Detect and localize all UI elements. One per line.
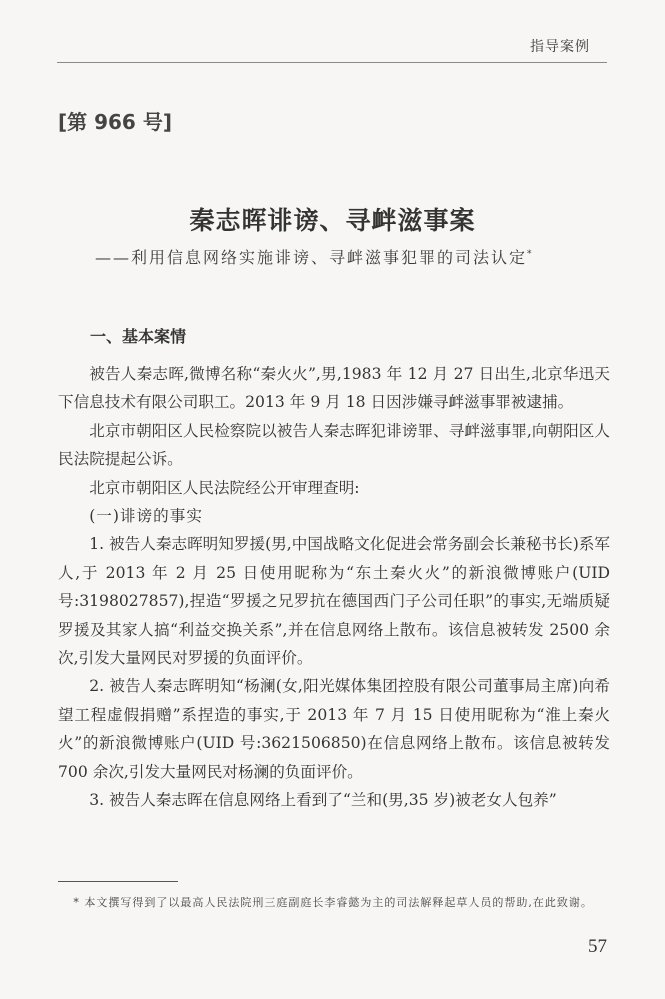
footnote-divider [58,881,178,882]
section-heading: 一、基本案情 [90,324,186,347]
footnote-mark: * [527,250,534,260]
paragraph: 1. 被告人秦志晖明知罗援(男,中国战略文化促进会常务副会长兼秘书长)系军人,于… [58,530,610,672]
footnote: * 本文撰写得到了以最高人民法院刑三庭副庭长李睿懿为主的司法解释起草人员的帮助,… [58,893,610,913]
paragraph: 北京市朝阳区人民法院经公开审理查明: [58,474,610,502]
article-title: 秦志晖诽谤、寻衅滋事案 [0,201,665,237]
paragraph: 3. 被告人秦志晖在信息网络上看到了“兰和(男,35 岁)被老女人包养” [58,786,610,814]
header-divider [57,62,607,63]
subsection-heading: (一)诽谤的事实 [58,502,610,530]
paragraph: 2. 被告人秦志晖明知“杨澜(女,阳光媒体集团控股有限公司董事局主席)向希望工程… [58,672,610,786]
body-text: 被告人秦志晖,微博名称“秦火火”,男,1983 年 12 月 27 日出生,北京… [58,360,610,815]
paragraph: 北京市朝阳区人民检察院以被告人秦志晖犯诽谤罪、寻衅滋事罪,向朝阳区人民法院提起公… [58,417,610,474]
running-head: 指导案例 [530,36,590,56]
subtitle-text: ——利用信息网络实施诽谤、寻衅滋事犯罪的司法认定 [95,248,527,267]
paragraph: 被告人秦志晖,微博名称“秦火火”,男,1983 年 12 月 27 日出生,北京… [58,360,610,417]
page-number: 57 [588,936,607,958]
article-subtitle: ——利用信息网络实施诽谤、寻衅滋事犯罪的司法认定* [95,245,534,268]
case-number: [第 966 号] [58,106,172,135]
